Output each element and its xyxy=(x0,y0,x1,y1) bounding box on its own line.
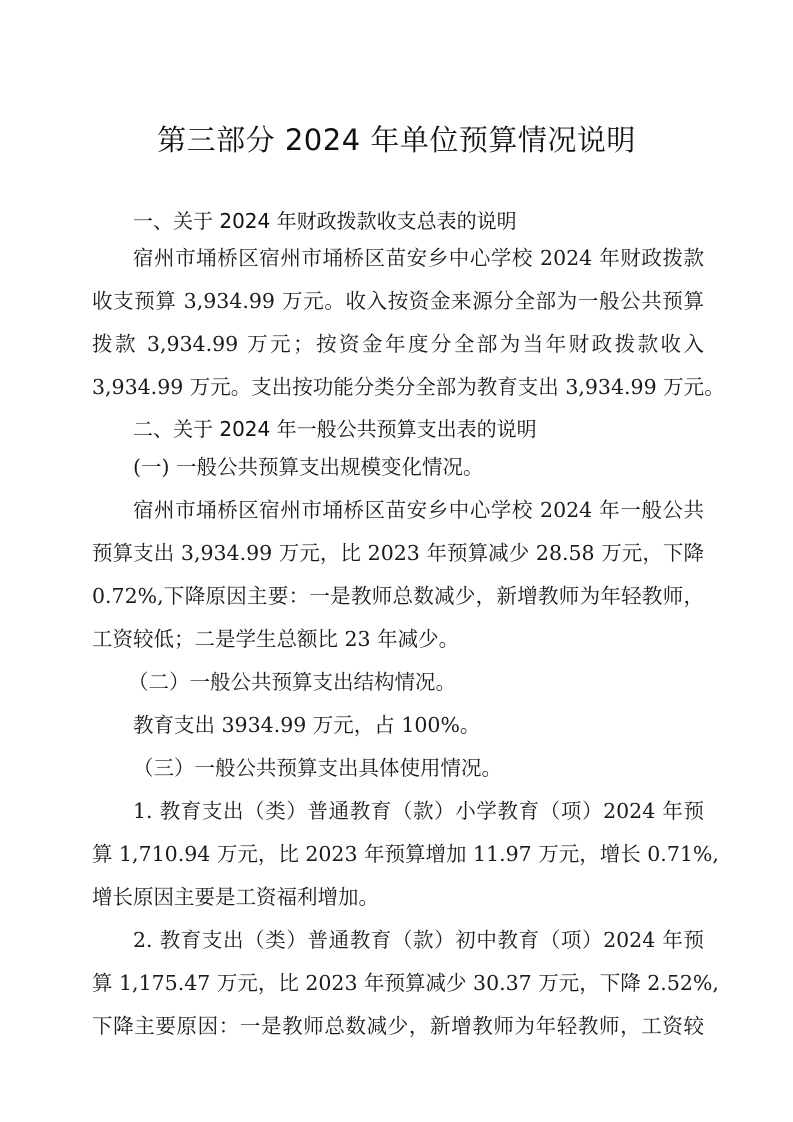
item-2-line: 下降主要原因：一是教师总数减少，新增教师为年轻教师，工资较 xyxy=(92,1011,704,1041)
subsection-2-heading: （二）一般公共预算支出结构情况。 xyxy=(128,667,740,697)
item-1-line: 增长原因主要是工资福利增加。 xyxy=(92,882,704,912)
paragraph-line: 工资较低；二是学生总额比 23 年减少。 xyxy=(92,624,704,654)
subsection-3-heading: （三）一般公共预算支出具体使用情况。 xyxy=(133,753,745,783)
paragraph-line: 教育支出 3934.99 万元，占 100%。 xyxy=(133,710,745,740)
paragraph-line: 0.72%,下降原因主要：一是教师总数减少，新增教师为年轻教师， xyxy=(92,581,704,611)
paragraph-line: 收支预算 3,934.99 万元。收入按资金来源分全部为一般公共预算 xyxy=(92,286,704,316)
paragraph-line: 拨款 3,934.99 万元；按资金年度分全部为当年财政拨款收入 xyxy=(92,329,704,359)
item-2-line: 2. 教育支出（类）普通教育（款）初中教育（项）2024 年预 xyxy=(133,925,704,955)
section-2-heading: 二、关于 2024 年一般公共预算支出表的说明 xyxy=(133,414,745,444)
page-title: 第三部分 2024 年单位预算情况说明 xyxy=(0,118,793,159)
paragraph-line: 宿州市埇桥区宿州市埇桥区苗安乡中心学校 2024 年财政拨款 xyxy=(133,243,704,273)
paragraph-line: 预算支出 3,934.99 万元，比 2023 年预算减少 28.58 万元，下… xyxy=(92,538,704,568)
item-2-line: 算 1,175.47 万元，比 2023 年预算减少 30.37 万元，下降 2… xyxy=(92,968,704,998)
subsection-1-heading: (一) 一般公共预算支出规模变化情况。 xyxy=(133,452,745,482)
section-1-heading: 一、关于 2024 年财政拨款收支总表的说明 xyxy=(133,206,745,236)
paragraph-line: 3,934.99 万元。支出按功能分类分全部为教育支出 3,934.99 万元。 xyxy=(92,372,704,402)
item-1-line: 1. 教育支出（类）普通教育（款）小学教育（项）2024 年预 xyxy=(133,796,704,826)
item-1-line: 算 1,710.94 万元，比 2023 年预算增加 11.97 万元，增长 0… xyxy=(92,839,704,869)
paragraph-line: 宿州市埇桥区宿州市埇桥区苗安乡中心学校 2024 年一般公共 xyxy=(133,495,704,525)
